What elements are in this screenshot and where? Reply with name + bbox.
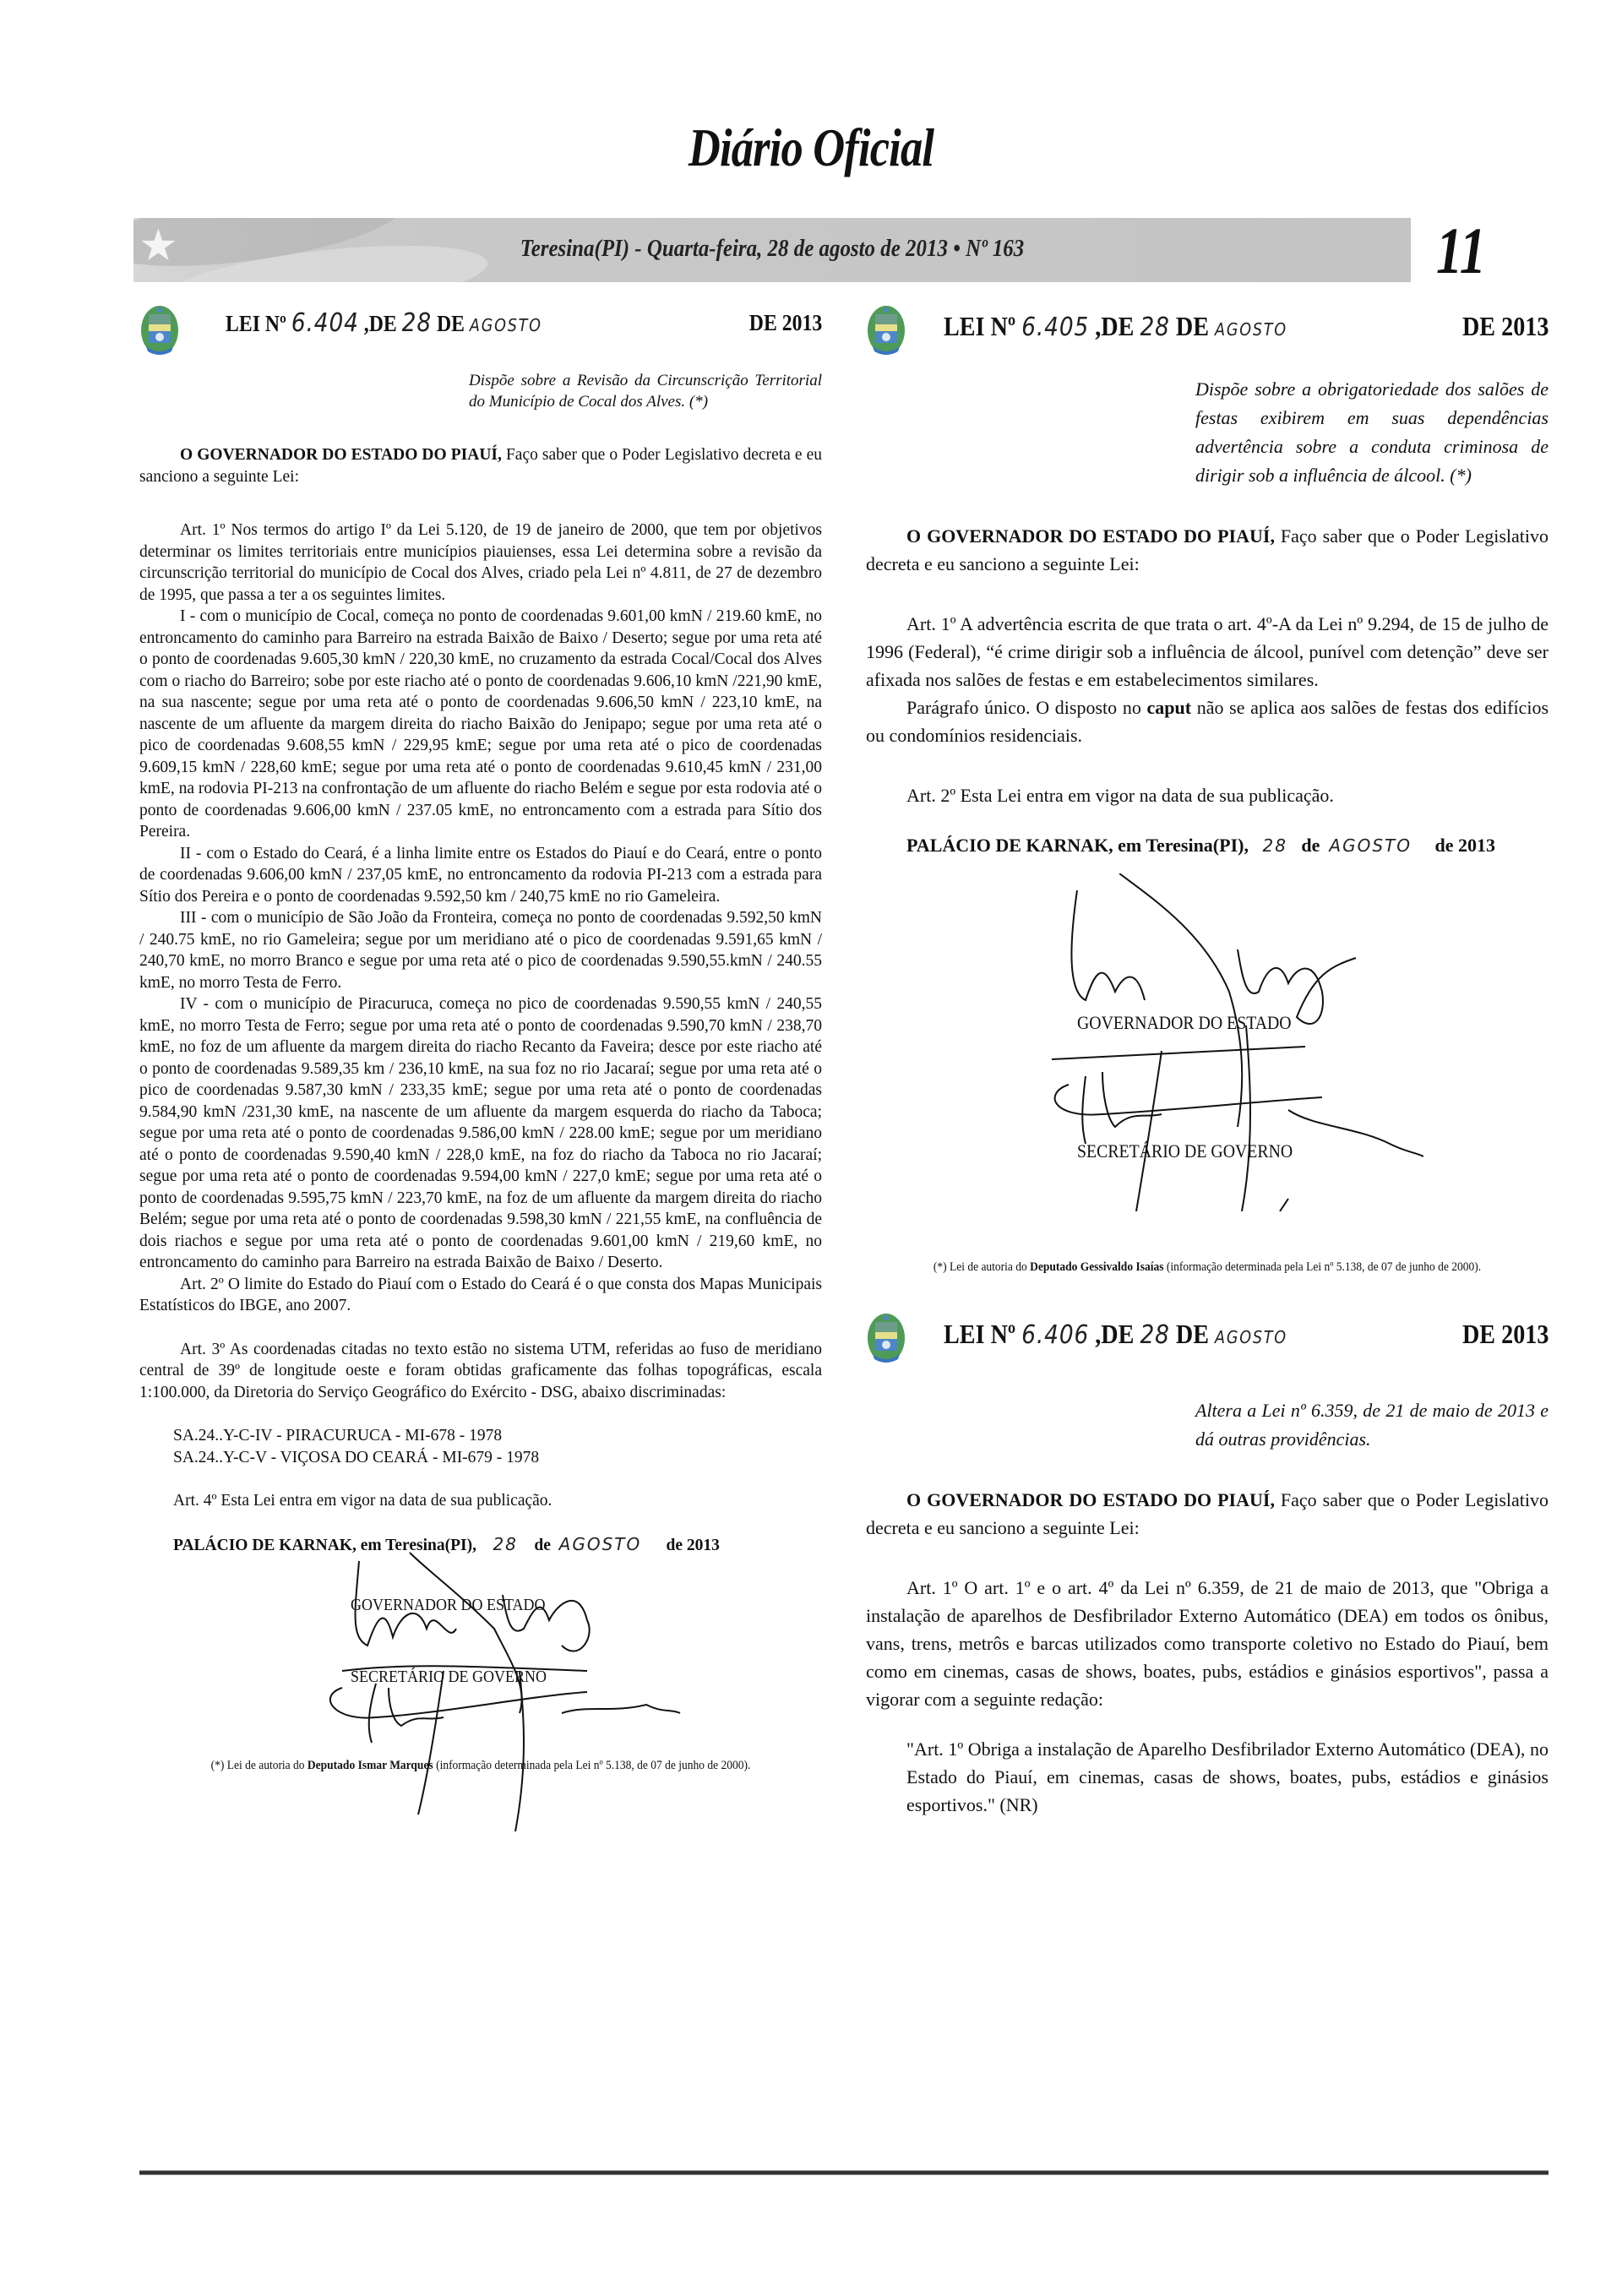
law-number-handwritten: 6.405 [1021,313,1089,342]
law-prefix: LEI Nº [226,311,286,336]
authorship-footnote: (*) Lei de autoria do Deputado Ismar Mar… [173,1755,787,1777]
paragraph-text: Parágrafo único. O disposto no [906,697,1147,718]
law-number-handwritten: 6.404 [291,308,359,338]
signature-block: GOVERNADOR DO ESTADO SECRETÁRIO DE GOVER… [866,865,1549,1220]
piaui-coat-of-arms-icon [866,1312,906,1364]
law-year: DE 2013 [1462,313,1549,340]
article-4: Art. 4º Esta Lei entra em vigor na data … [173,1490,822,1512]
edition-line: Teresina(PI) - Quarta-feira, 28 de agost… [223,235,1321,263]
law-title-text: ,DE [1095,311,1134,341]
article-1: Art. 1º A advertência escrita de que tra… [866,610,1549,694]
law-title-text: DE [1176,311,1209,341]
law-day-handwritten: 28 [1140,313,1169,342]
article-1: Art. 1º O art. 1º e o art. 4º da Lei nº … [866,1574,1549,1713]
dateline-month-handwritten: AGOSTO [1329,835,1412,856]
article-1-item-iv: IV - com o município de Piracuruca, come… [139,993,822,1274]
law-title-text: ,DE [364,311,397,336]
law-month-handwritten: AGOSTO [470,315,542,335]
signatory-title: SECRETÁRIO DE GOVERNO [351,1667,547,1689]
map-item: SA.24..Y-C-V - VIÇOSA DO CEARÁ - MI-679 … [173,1447,822,1469]
footnote-author: Deputado Gessivaldo Isaías [1030,1260,1163,1274]
law-ementa: Dispõe sobre a Revisão da Circunscrição … [469,370,822,412]
preamble-bold: O GOVERNADOR DO ESTADO DO PIAUÍ, [180,446,502,464]
article-2: Art. 2º Esta Lei entra em vigor na data … [866,781,1549,809]
dateline-year: de 2013 [1435,835,1496,856]
palacio-dateline: PALÁCIO DE KARNAK, em Teresina(PI), 28 d… [906,831,1549,860]
law-title-text: DE [437,311,465,336]
footnote-text: (informação determinada pela Lei nº 5.13… [433,1759,751,1772]
article-3: Art. 3º As coordenadas citadas no texto … [139,1339,822,1404]
edition-band: ★ Teresina(PI) - Quarta-feira, 28 de ago… [133,218,1411,282]
preamble-bold: O GOVERNADOR DO ESTADO DO PIAUÍ, [906,1489,1275,1510]
footnote-author: Deputado Ismar Marques [308,1759,433,1772]
article-1: Art. 1º Nos termos do artigo Iº da Lei 5… [139,520,822,606]
footnote-text: (*) Lei de autoria do [933,1260,1030,1274]
footnote-text: (*) Lei de autoria do [211,1759,308,1772]
law-title: LEI Nº 6.404 ,DE 28 DE AGOSTO [226,313,750,337]
page-number: 11 [1436,213,1486,289]
dateline-text: de [1301,835,1320,856]
map-item: SA.24..Y-C-IV - PIRACURUCA - MI-678 - 19… [173,1425,822,1447]
law-number-handwritten: 6.406 [1021,1320,1089,1350]
article-1-item-i: I - com o município de Cocal, começa no … [139,606,822,843]
amended-article-quote: "Art. 1º Obriga a instalação de Aparelho… [906,1735,1549,1819]
footnote-text: (informação determinada pela Lei nº 5.13… [1163,1260,1481,1274]
preamble: O GOVERNADOR DO ESTADO DO PIAUÍ, Faço sa… [866,522,1549,578]
law-prefix: LEI Nº [944,311,1015,341]
piaui-coat-of-arms-icon [866,304,906,356]
article-1-item-ii: II - com o Estado do Ceará, é a linha li… [139,843,822,908]
signatory-title: SECRETÁRIO DE GOVERNO [1077,1137,1293,1165]
star-icon: ★ [139,225,178,269]
law-ementa: Dispõe sobre a obrigatoriedade dos salõe… [1195,375,1549,490]
law-year: DE 2013 [1462,1320,1549,1348]
newspaper-title: Diário Oficial [146,117,1476,179]
article-2: Art. 2º O limite do Estado do Piauí com … [139,1274,822,1317]
sole-paragraph: Parágrafo único. O disposto no caput não… [866,694,1549,749]
dateline-day-handwritten: 28 [1262,835,1287,856]
article-1-item-iii: III - com o município de São João da Fro… [139,907,822,993]
caput-term: caput [1147,697,1192,718]
law-ementa: Altera a Lei nº 6.359, de 21 de maio de … [1195,1396,1549,1454]
law-day-handwritten: 28 [402,308,432,338]
page-bottom-rule [139,2170,1549,2175]
law-day-handwritten: 28 [1140,1320,1169,1350]
law-title: LEI Nº 6.406 ,DE 28 DE AGOSTO [944,1320,1476,1352]
law-header: LEI Nº 6.404 ,DE 28 DE AGOSTO DE 2013 [139,304,822,355]
law-title-text: DE [1176,1319,1209,1349]
law-6404: LEI Nº 6.404 ,DE 28 DE AGOSTO DE 2013 Di… [139,304,822,1777]
authorship-footnote: (*) Lei de autoria do Deputado Gessivald… [900,1254,1514,1281]
law-prefix: LEI Nº [944,1319,1015,1349]
law-6406-header: LEI Nº 6.406 ,DE 28 DE AGOSTO DE 2013 [866,1312,1549,1363]
signatory-title: GOVERNADOR DO ESTADO [1077,1009,1292,1036]
law-year: DE 2013 [749,313,822,335]
preamble-bold: O GOVERNADOR DO ESTADO DO PIAUÍ, [906,525,1275,547]
law-month-handwritten: AGOSTO [1215,319,1287,340]
preamble: O GOVERNADOR DO ESTADO DO PIAUÍ, Faço sa… [866,1486,1549,1542]
law-6405: LEI Nº 6.405 ,DE 28 DE AGOSTO DE 2013 Di… [866,304,1549,1819]
piaui-coat-of-arms-icon [139,304,180,356]
topographic-maps-list: SA.24..Y-C-IV - PIRACURUCA - MI-678 - 19… [139,1425,822,1468]
law-month-handwritten: AGOSTO [1215,1327,1287,1347]
law-title: LEI Nº 6.405 ,DE 28 DE AGOSTO [944,313,1476,344]
signatory-title: GOVERNADOR DO ESTADO [351,1595,546,1617]
law-header: LEI Nº 6.405 ,DE 28 DE AGOSTO DE 2013 [866,304,1549,355]
dateline-place: PALÁCIO DE KARNAK, em Teresina(PI), [906,835,1249,856]
preamble: O GOVERNADOR DO ESTADO DO PIAUÍ, Faço sa… [139,444,822,487]
law-title-text: ,DE [1095,1319,1134,1349]
